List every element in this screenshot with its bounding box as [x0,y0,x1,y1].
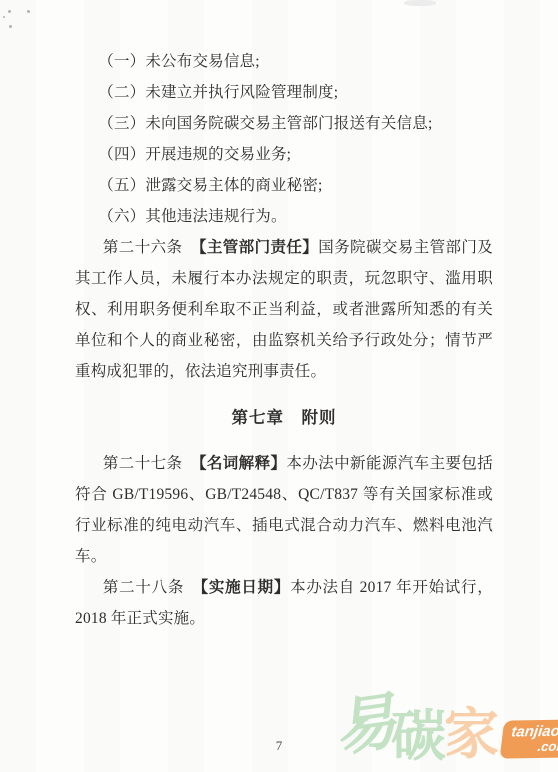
watermark-domain-line2: .com [500,739,558,754]
article-27-paragraph: 第二十七条【名词解释】本办法中新能源汽车主要包括符合 GB/T19596、GB/… [75,448,493,572]
clause-item-2: （二）未建立并执行风险管理制度; [75,77,493,108]
article-28-number: 第二十八条 [103,579,184,596]
article-27-number: 第二十七条 [103,455,183,472]
clause-item-3: （三）未向国务院碳交易主管部门报送有关信息; [75,108,493,139]
scan-smudge [404,0,436,6]
article-26-label: 【主管部门责任】 [191,239,318,256]
chapter-heading: 第七章 附则 [75,402,493,433]
article-28-label: 【实施日期】 [193,579,290,596]
scan-speck [27,10,30,13]
scan-speck [9,25,12,28]
watermark-char-yi: 易 [330,690,400,760]
clause-item-5: （五）泄露交易主体的商业秘密; [75,170,493,201]
watermark-domain-badge: tanjiaoyi .com [500,719,558,758]
article-26-text: 国务院碳交易主管部门及其工作人员，未履行本办法规定的职责，玩忽职守、滥用职权、利… [75,239,493,380]
article-26-number: 第二十六条 [103,239,183,256]
watermark-char-jia: 家 [444,706,499,761]
clause-item-4: （四）开展违规的交易业务; [75,139,493,170]
article-28-paragraph: 第二十八条【实施日期】本办法自 2017 年开始试行，2018 年正式实施。 [75,572,493,634]
clause-item-1: （一）未公布交易信息; [75,46,493,77]
scan-speck [3,16,5,18]
article-26-paragraph: 第二十六条【主管部门责任】国务院碳交易主管部门及其工作人员，未履行本办法规定的职… [75,232,493,387]
clause-item-6: （六）其他违法违规行为。 [75,201,493,232]
scanned-document-page: （一）未公布交易信息; （二）未建立并执行风险管理制度; （三）未向国务院碳交易… [0,0,558,772]
scan-speck [8,10,11,13]
watermark-tanjiaoyi: 易 碳 家 tanjiaoyi .com [334,694,558,763]
article-27-label: 【名词解释】 [191,455,286,472]
document-body: （一）未公布交易信息; （二）未建立并执行风险管理制度; （三）未向国务院碳交易… [75,46,493,634]
